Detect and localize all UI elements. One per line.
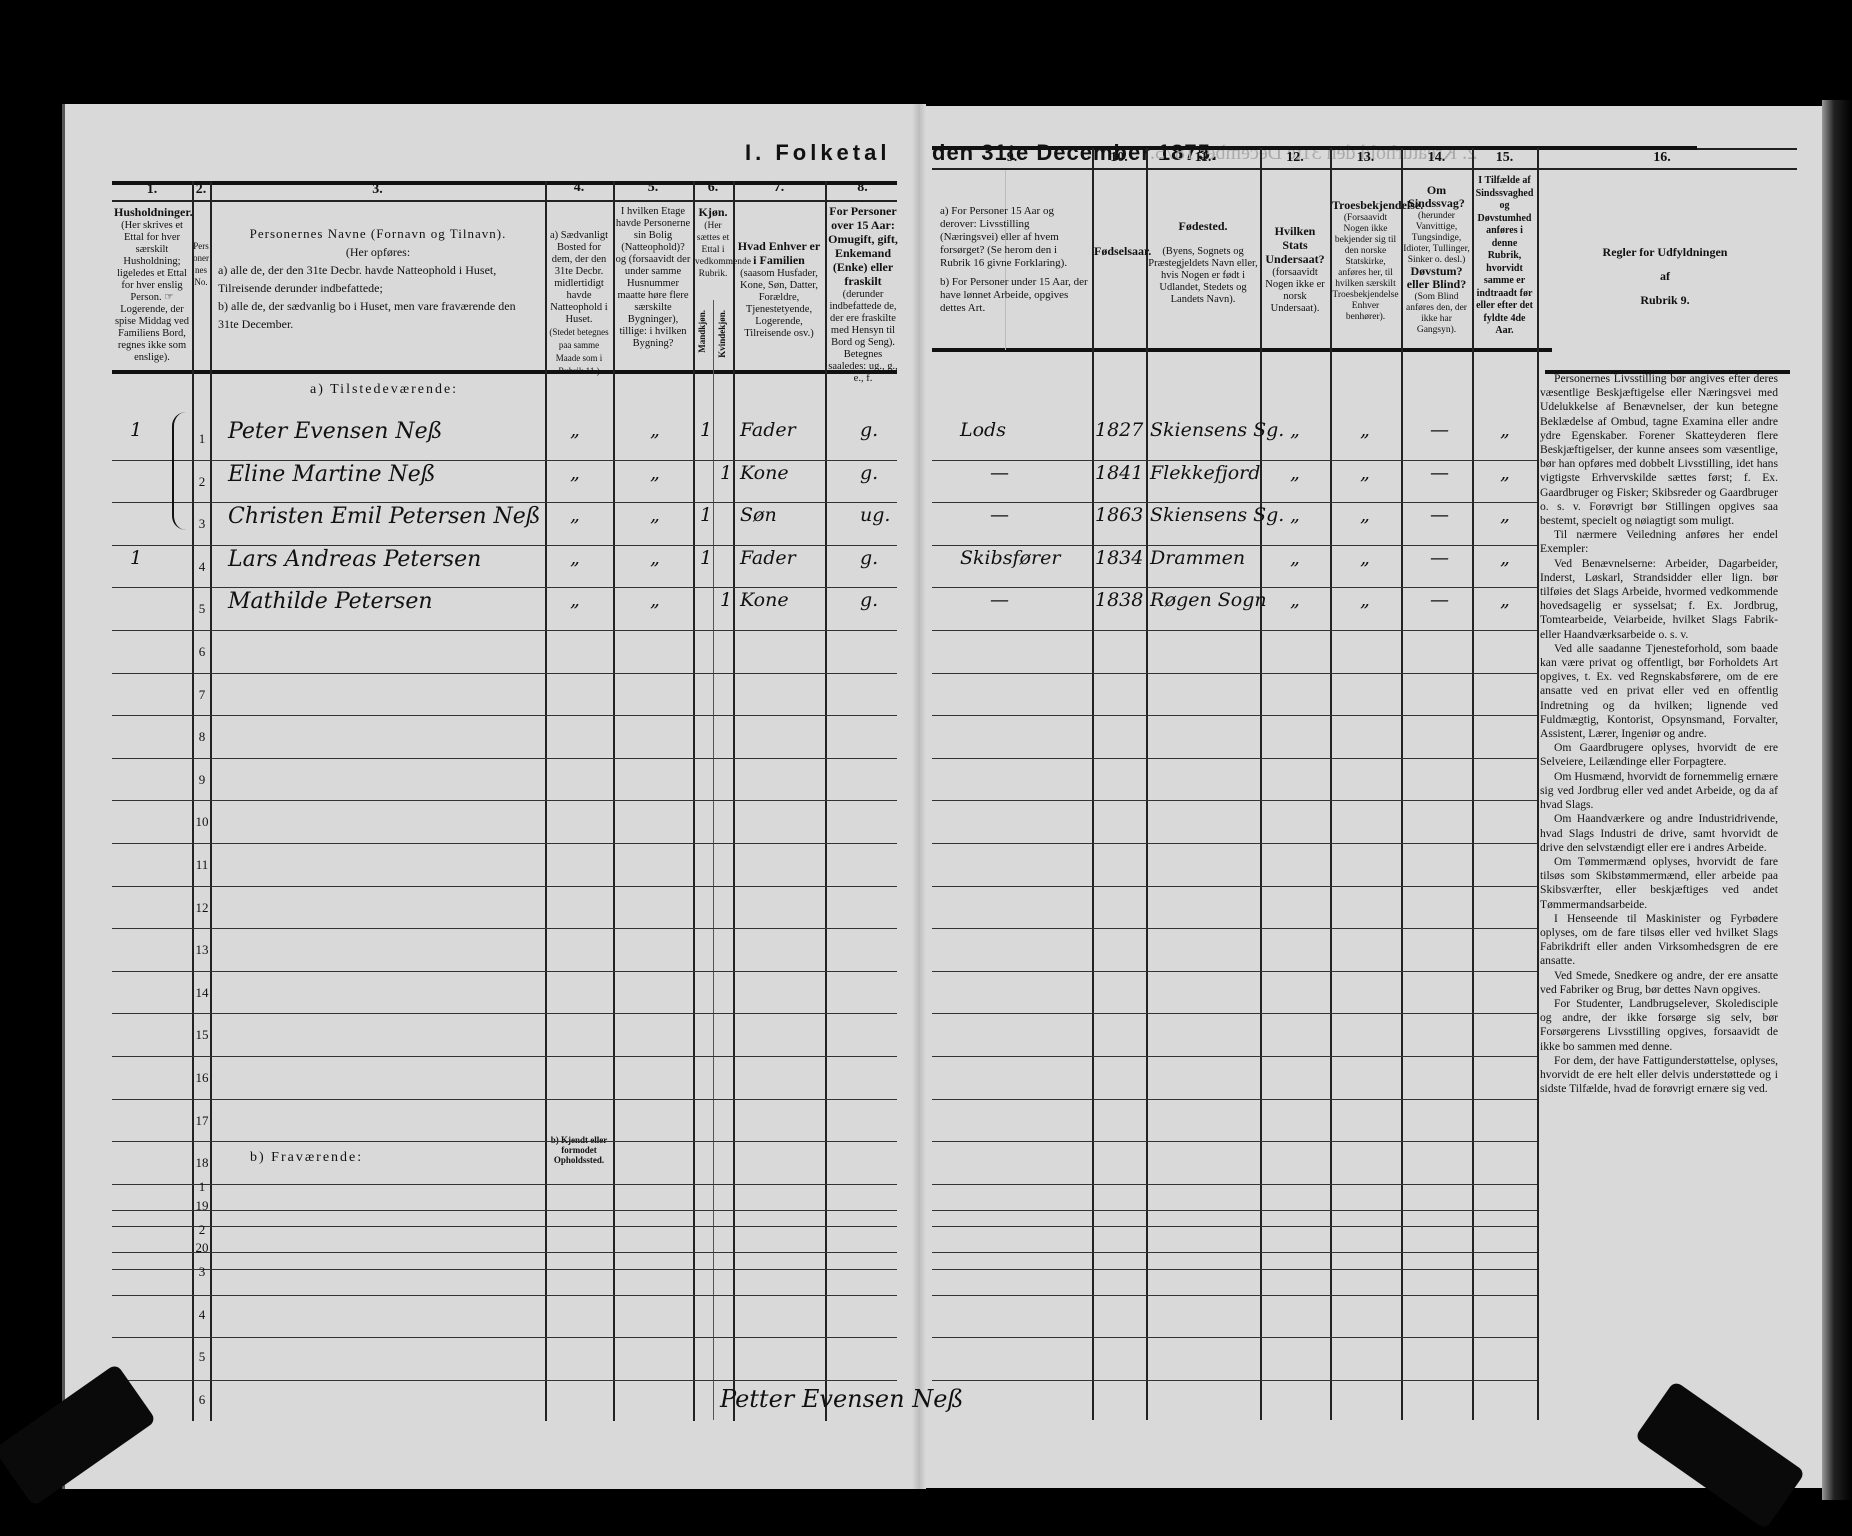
- row-number: 8: [190, 729, 214, 745]
- rules-paragraph: Ved alle saadanne Tjenesteforhold, som b…: [1540, 642, 1778, 741]
- col-divider-5-6: [693, 181, 695, 1421]
- header-col14-title2: Døvstum? eller Blind?: [1407, 264, 1466, 291]
- row-line: [112, 928, 897, 929]
- col-divider-11-12: [1260, 148, 1262, 1420]
- header-col8-title: For Personer over 15 Aar: Omugift, gift,…: [828, 204, 898, 288]
- header-col12-note: (forsaavidt Nogen ikke er norsk Undersaa…: [1265, 267, 1324, 314]
- header-col6-title: Kjøn.: [698, 205, 727, 219]
- disability-onset-ditto: „: [1500, 462, 1510, 484]
- col-divider-6-7: [733, 181, 735, 1421]
- sex-female-mark: 1: [720, 589, 732, 611]
- birth-year: 1841: [1095, 462, 1143, 484]
- row-line: [932, 1337, 1537, 1338]
- marital-status: g.: [860, 547, 878, 569]
- col4-ditto: „: [570, 589, 580, 611]
- signature: Petter Evensen Neß: [720, 1385, 963, 1413]
- title-left: I. Folketal: [745, 140, 890, 166]
- col-divider-12-13: [1330, 148, 1332, 1420]
- religion-ditto: „: [1360, 547, 1370, 569]
- row-line: [112, 1337, 897, 1338]
- colnum-4: 4.: [545, 180, 613, 196]
- row-number: 3: [190, 1264, 214, 1280]
- citizenship-ditto: „: [1290, 589, 1300, 611]
- row-number: 1: [190, 1179, 214, 1195]
- rules-paragraph: Om Husmænd, hvorvidt de fornemmelig ernæ…: [1540, 770, 1778, 813]
- col4-ditto: „: [570, 547, 580, 569]
- header-col13-note: (Forsaavidt Nogen ikke bekjender sig til…: [1332, 213, 1398, 322]
- rules-paragraph: For Studenter, Landbrugselever, Skoledis…: [1540, 997, 1778, 1054]
- col5-ditto: „: [650, 462, 660, 484]
- occupation: —: [990, 504, 1009, 526]
- row-line: [112, 502, 897, 503]
- row-line: [112, 715, 897, 716]
- row-line: [112, 1252, 897, 1253]
- col-divider-13-14: [1401, 148, 1403, 1420]
- religion-ditto: „: [1360, 504, 1370, 526]
- header-col3-title: Personernes Navne (Fornavn og Tilnavn).: [218, 225, 538, 243]
- row-line: [932, 1210, 1537, 1211]
- rules-paragraph: Om Haandværkere og andre Industridrivend…: [1540, 812, 1778, 855]
- row-number: 16: [190, 1070, 214, 1086]
- row-line: [112, 758, 897, 759]
- row-number: 20: [190, 1240, 214, 1256]
- row-line: [112, 460, 897, 461]
- row-line: [932, 587, 1537, 588]
- row-line: [112, 971, 897, 972]
- citizenship-ditto: „: [1290, 419, 1300, 441]
- col-divider-14-15: [1472, 148, 1474, 1420]
- colnum-3: 3.: [210, 182, 545, 198]
- row-line: [112, 1013, 897, 1014]
- occupation: —: [990, 589, 1009, 611]
- disability-onset-ditto: „: [1500, 419, 1510, 441]
- birthplace: Flekkefjord: [1150, 462, 1260, 484]
- disability-onset-ditto: „: [1500, 547, 1510, 569]
- row-line: [932, 545, 1537, 546]
- sex-male-mark: 1: [700, 547, 712, 569]
- row-line: [932, 1269, 1537, 1270]
- colnum-16: 16.: [1537, 150, 1787, 166]
- disability-dash: —: [1430, 462, 1449, 484]
- household-count: 1: [130, 547, 142, 569]
- row-line: [112, 1210, 897, 1211]
- religion-ditto: „: [1360, 419, 1370, 441]
- rules-paragraph: Til nærmere Veiledning anføres her endel…: [1540, 528, 1778, 556]
- disability-dash: —: [1430, 504, 1449, 526]
- row-line: [932, 1295, 1537, 1296]
- header-col1-note: (Her skrives et Ettal for hver særskilt …: [115, 220, 189, 363]
- header-col5: I hvilken Etage havde Personerne sin Bol…: [615, 206, 691, 350]
- row-number: 1: [190, 431, 214, 447]
- row-line: [932, 1380, 1537, 1381]
- row-line: [932, 460, 1537, 461]
- header-col16: Regler for Udfyldningen af Rubrik 9.: [1545, 240, 1785, 312]
- colnum-9: 9.: [932, 150, 1092, 166]
- row-line: [112, 1226, 897, 1227]
- colnum-rule-right: [932, 168, 1797, 170]
- occupation: —: [990, 462, 1009, 484]
- header-col10: Fødselsaar.: [1094, 245, 1144, 257]
- colnum-13: 13.: [1330, 150, 1401, 166]
- sex-male-mark: 1: [700, 504, 712, 526]
- header-col16-end: Rubrik 9.: [1545, 288, 1785, 312]
- person-name: Eline Martine Neß: [228, 462, 436, 487]
- person-name: Peter Evensen Neß: [228, 419, 442, 444]
- header-col2: Personernes No.: [192, 240, 210, 288]
- sex-female-mark: 1: [720, 462, 732, 484]
- household-bracket: [172, 412, 188, 530]
- row-line: [932, 1099, 1537, 1100]
- colnum-10: 10.: [1092, 150, 1146, 166]
- birthplace: Drammen: [1150, 547, 1245, 569]
- colnum-1: 1.: [112, 182, 192, 198]
- col4-ditto: „: [570, 462, 580, 484]
- household-count: 1: [130, 419, 142, 441]
- family-role: Fader: [740, 547, 796, 569]
- row-number: 9: [190, 772, 214, 788]
- header-col6-male: Mandkjøn.: [696, 310, 710, 353]
- occupation: Skibsfører: [960, 547, 1060, 569]
- colnum-rule-left: [112, 200, 897, 202]
- row-number: 11: [190, 857, 214, 873]
- row-number: 19: [190, 1198, 214, 1214]
- row-line: [932, 843, 1537, 844]
- header-col11-note: (Byens, Sognets og Præstegjeldets Navn e…: [1148, 246, 1258, 305]
- colnum-6: 6.: [693, 180, 733, 196]
- rules-paragraph: Om Tømmermænd oplyses, hvorvidt de fare …: [1540, 855, 1778, 912]
- disability-dash: —: [1430, 547, 1449, 569]
- row-line: [112, 1099, 897, 1100]
- col5-ditto: „: [650, 547, 660, 569]
- header-col16-mid: af: [1545, 264, 1785, 288]
- rules-paragraph: For dem, der have Fattigunderstøttelse, …: [1540, 1054, 1778, 1097]
- row-line: [932, 1013, 1537, 1014]
- header-col12-title: Hvilken Stats Undersaat?: [1265, 224, 1324, 266]
- row-number: 2: [190, 1222, 214, 1238]
- colnum-2: 2.: [192, 182, 210, 198]
- rules-text-col16: Personernes Livsstilling bør angives eft…: [1540, 372, 1778, 1096]
- row-number: 10: [190, 814, 214, 830]
- row-line: [932, 1141, 1537, 1142]
- col5-ditto: „: [650, 419, 660, 441]
- birthplace: Skiensens Sg.: [1150, 419, 1284, 441]
- header-col3-note-b: b) alle de, der sædvanlig bo i Huset, me…: [218, 297, 538, 333]
- citizenship-ditto: „: [1290, 462, 1300, 484]
- row-number: 18: [190, 1155, 214, 1171]
- row-line: [932, 928, 1537, 929]
- page-edges: [1822, 100, 1852, 1500]
- header-col3-note-a: a) alle de, der den 31te Decbr. havde Na…: [218, 261, 538, 297]
- header-col3: Personernes Navne (Fornavn og Tilnavn). …: [218, 225, 538, 333]
- row-number: 17: [190, 1113, 214, 1129]
- row-line: [112, 1380, 897, 1381]
- colnum-14: 14.: [1401, 150, 1472, 166]
- header-bottom-rule-left: [112, 370, 897, 374]
- marital-status: g.: [860, 419, 878, 441]
- rules-paragraph: Ved Benævnelserne: Arbeider, Dagarbeider…: [1540, 557, 1778, 642]
- row-line: [112, 673, 897, 674]
- disability-dash: —: [1430, 589, 1449, 611]
- row-number: 2: [190, 474, 214, 490]
- rules-paragraph: Ved Smede, Snedkere og andre, der ere an…: [1540, 969, 1778, 997]
- row-line: [112, 545, 897, 546]
- row-number: 15: [190, 1027, 214, 1043]
- family-role: Kone: [740, 589, 789, 611]
- row-line: [932, 673, 1537, 674]
- section-absent-label: b) Fraværende:: [250, 1150, 363, 1166]
- header-col9-b: b) For Personer under 15 Aar, der have l…: [940, 276, 1088, 315]
- row-number: 6: [190, 1392, 214, 1408]
- disability-dash: —: [1430, 419, 1449, 441]
- row-line: [932, 971, 1537, 972]
- col4-ditto: „: [570, 419, 580, 441]
- birth-year: 1838: [1095, 589, 1143, 611]
- row-line: [932, 1056, 1537, 1057]
- birthplace: Røgen Sogn: [1150, 589, 1267, 611]
- header-col14-note2: (Som Blind anføres den, der ikke har Gan…: [1406, 292, 1467, 335]
- row-number: 5: [190, 1349, 214, 1365]
- row-line: [112, 800, 897, 801]
- header-col14-title: Om Sindssvag?: [1408, 183, 1465, 210]
- header-col14-note: (herunder Vanvittige, Tungsindige, Idiot…: [1403, 211, 1470, 265]
- row-number: 7: [190, 687, 214, 703]
- row-number: 12: [190, 900, 214, 916]
- rules-paragraph: Om Gaardbrugere oplyses, hvorvidt de ere…: [1540, 741, 1778, 769]
- header-col8-note: (derunder indbefattede de, der ere frask…: [828, 289, 897, 384]
- disability-onset-ditto: „: [1500, 504, 1510, 526]
- header-col8: For Personer over 15 Aar: Omugift, gift,…: [827, 205, 899, 385]
- header-col4: a) Sædvanligt Bosted for dem, der den 31…: [547, 230, 611, 378]
- row-line: [112, 1295, 897, 1296]
- header-col1-title: Husholdninger.: [114, 205, 193, 219]
- header-col11: Fødested. (Byens, Sognets og Præstegjeld…: [1148, 220, 1258, 306]
- header-col6-female: Kvindekjøn.: [716, 310, 730, 358]
- colnum-8: 8.: [825, 180, 900, 196]
- citizenship-ditto: „: [1290, 504, 1300, 526]
- person-name: Mathilde Petersen: [228, 589, 433, 614]
- row-line: [932, 886, 1537, 887]
- marital-status: g.: [860, 589, 878, 611]
- occupation: Lods: [960, 419, 1006, 441]
- row-line: [112, 630, 897, 631]
- religion-ditto: „: [1360, 462, 1370, 484]
- col5-ditto: „: [650, 504, 660, 526]
- disability-onset-ditto: „: [1500, 589, 1510, 611]
- marital-status: g.: [860, 462, 878, 484]
- row-line: [112, 1184, 897, 1185]
- family-role: Søn: [740, 504, 777, 526]
- row-line: [112, 1141, 897, 1142]
- birth-year: 1834: [1095, 547, 1143, 569]
- row-number: 14: [190, 985, 214, 1001]
- header-bottom-rule-right: [932, 348, 1552, 352]
- row-line: [932, 1226, 1537, 1227]
- header-col7-note: (saasom Husfader, Kone, Søn, Datter, For…: [740, 268, 818, 339]
- col-divider-4-5: [613, 181, 615, 1421]
- section-present-label: a) Tilstedeværende:: [310, 382, 458, 398]
- header-col16-title: Regler for Udfyldningen: [1545, 240, 1785, 264]
- row-number: 3: [190, 516, 214, 532]
- header-col7: Hvad Enhver er i Familien (saasom Husfad…: [735, 240, 823, 340]
- row-line: [112, 587, 897, 588]
- header-col11-title: Fødested.: [1179, 219, 1228, 233]
- row-number: 13: [190, 942, 214, 958]
- header-col9-a: a) For Personer 15 Aar og derover: Livss…: [940, 205, 1088, 270]
- rules-paragraph: Personernes Livsstilling bør angives eft…: [1540, 372, 1778, 528]
- row-line: [112, 1056, 897, 1057]
- row-line: [932, 715, 1537, 716]
- row-line: [112, 843, 897, 844]
- col-divider-15-16: [1537, 148, 1539, 1420]
- person-name: Christen Emil Petersen Neß: [228, 504, 541, 529]
- row-line: [932, 1252, 1537, 1253]
- col5-ditto: „: [650, 589, 660, 611]
- header-col4-title: a) Sædvanligt Bosted for dem, der den 31…: [550, 230, 608, 325]
- family-role: Kone: [740, 462, 789, 484]
- row-line: [932, 758, 1537, 759]
- colnum-5: 5.: [613, 180, 693, 196]
- header-col12: Hvilken Stats Undersaat? (forsaavidt Nog…: [1262, 225, 1328, 315]
- sex-male-mark: 1: [700, 419, 712, 441]
- row-number: 5: [190, 601, 214, 617]
- birthplace: Skiensens Sg.: [1150, 504, 1284, 526]
- family-role: Fader: [740, 419, 796, 441]
- header-col15: I Tilfælde af Sindssvaghed og Døvstumhed…: [1474, 175, 1535, 338]
- col-divider-9-10: [1092, 148, 1094, 1420]
- birth-year: 1827: [1095, 419, 1143, 441]
- row-line: [932, 502, 1537, 503]
- row-number: 6: [190, 644, 214, 660]
- colnum-7: 7.: [733, 180, 825, 196]
- header-col13: Troesbekjendelse. (Forsaavidt Nogen ikke…: [1332, 200, 1399, 323]
- marital-status: ug.: [860, 504, 890, 526]
- header-col1: Husholdninger. (Her skrives et Ettal for…: [114, 206, 190, 364]
- rules-paragraph: I Henseende til Maskinister og Fyrbødere…: [1540, 912, 1778, 969]
- row-line: [112, 1269, 897, 1270]
- header-col6: Kjøn. (Her sættes et Ettal i vedkommende…: [695, 206, 731, 280]
- row-line: [932, 800, 1537, 801]
- header-col9: a) For Personer 15 Aar og derover: Livss…: [940, 205, 1088, 315]
- header-col7-title: Hvad Enhver er i Familien: [738, 239, 820, 267]
- book-spine: [912, 104, 926, 1489]
- header-col4-note: (Stedet betegnes paa samme Maade som i R…: [549, 327, 608, 376]
- colnum-12: 12.: [1260, 150, 1330, 166]
- header-col14: Om Sindssvag? (herunder Vanvittige, Tung…: [1403, 185, 1470, 336]
- row-line: [932, 1184, 1537, 1185]
- row-number: 4: [190, 1307, 214, 1323]
- col4-ditto: „: [570, 504, 580, 526]
- colnum-11: 11.: [1146, 150, 1260, 166]
- religion-ditto: „: [1360, 589, 1370, 611]
- header-col3-intro: (Her opføres:: [218, 243, 538, 261]
- birth-year: 1863: [1095, 504, 1143, 526]
- person-name: Lars Andreas Petersen: [228, 547, 481, 572]
- citizenship-ditto: „: [1290, 547, 1300, 569]
- colnum-15: 15.: [1472, 150, 1537, 166]
- section-absent-col4: b) Kjendt eller formodet Opholdssted.: [548, 1135, 610, 1165]
- row-number: 4: [190, 559, 214, 575]
- col-divider-10-11: [1146, 148, 1148, 1420]
- row-line: [112, 886, 897, 887]
- row-line: [932, 630, 1537, 631]
